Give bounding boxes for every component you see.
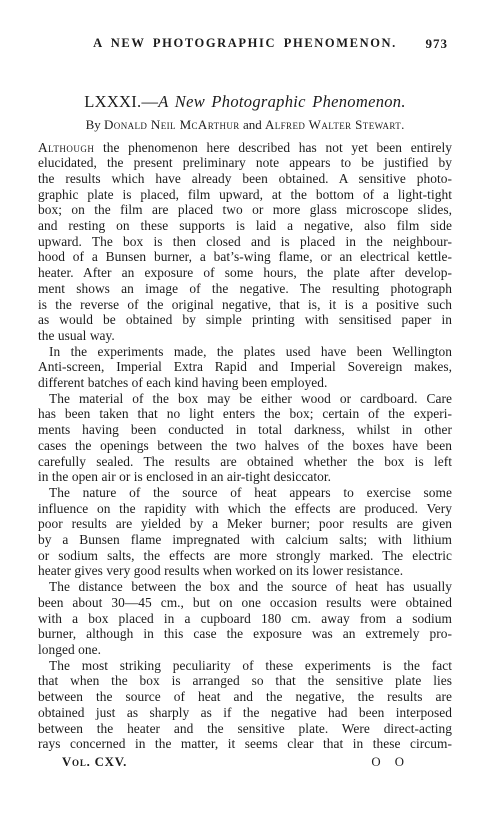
body-line: The material of the box may be either wo… [38, 391, 452, 407]
byline-connector: and [240, 117, 265, 132]
body-line: elucidated, the present preliminary note… [38, 155, 452, 171]
body-line: is the reverse of the original negative,… [38, 297, 452, 313]
running-title: A NEW PHOTOGRAPHIC PHENOMENON. [38, 36, 452, 51]
body-line: obtained just as sharply as if the negat… [38, 705, 452, 721]
body-line: longed one. [38, 642, 452, 658]
body-line: been about 30—45 cm., but on one occasio… [38, 595, 452, 611]
byline-period: . [401, 117, 404, 132]
page-number: 973 [426, 36, 449, 51]
body-line: or sodium salts, the effects are more st… [38, 548, 452, 564]
author-1: Donald Neil McArthur [104, 117, 240, 132]
body-line: the usual way. [38, 328, 452, 344]
lead-word: Although [38, 140, 94, 155]
paragraph: The most striking peculiarity of these e… [38, 658, 452, 752]
body-line: that when the box is arranged so that th… [38, 673, 452, 689]
body-line: rays concerned in the matter, it seems c… [38, 736, 452, 752]
body-line: as would be obtained by simple printing … [38, 312, 452, 328]
article-body: Although the phenomenon here described h… [38, 140, 452, 752]
body-line: by a Bunsen flame impregnated with calci… [38, 532, 452, 548]
body-line: upward. The box is then closed and is pl… [38, 234, 452, 250]
body-line: Although the phenomenon here described h… [38, 140, 452, 156]
page-header: A NEW PHOTOGRAPHIC PHENOMENON. 973 [38, 36, 452, 51]
body-line: the results which have already been obta… [38, 171, 452, 187]
paragraph: The material of the box may be either wo… [38, 391, 452, 485]
article-title-text: A New Photographic Phenomenon. [158, 92, 406, 111]
author-2: Alfred Walter Stewart [265, 117, 401, 132]
body-line: different batches of each kind having be… [38, 375, 452, 391]
body-line: The most striking peculiarity of these e… [38, 658, 452, 674]
byline: By Donald Neil McArthur and Alfred Walte… [38, 117, 452, 133]
body-line: The distance between the box and the sou… [38, 579, 452, 595]
paragraph: The distance between the box and the sou… [38, 579, 452, 658]
body-line: heater gives very good results when work… [38, 563, 452, 579]
body-line: heater. After an exposure of some hours,… [38, 265, 452, 281]
signature-mark: O O [371, 755, 406, 770]
body-line: In the experiments made, the plates used… [38, 344, 452, 360]
volume-label: Vol. CXV. [62, 755, 127, 770]
body-line: poor results are yielded by a Meker burn… [38, 516, 452, 532]
body-line: has been taken that no light enters the … [38, 406, 452, 422]
body-line: ment shows an image of the negative. The… [38, 281, 452, 297]
page-footer: Vol. CXV. O O [38, 755, 452, 770]
body-line: between the heater and the sensitive pla… [38, 721, 452, 737]
journal-page: A NEW PHOTOGRAPHIC PHENOMENON. 973 LXXXI… [0, 0, 500, 825]
body-line: box; on the film are placed two or more … [38, 202, 452, 218]
body-line: The nature of the source of heat appears… [38, 485, 452, 501]
article-number: LXXXI.— [84, 92, 158, 111]
body-line: carefully sealed. The results are obtain… [38, 454, 452, 470]
byline-prefix: By [86, 117, 104, 132]
body-line: with a box placed in a cupboard 180 cm. … [38, 611, 452, 627]
body-line: cases the openings between the two halve… [38, 438, 452, 454]
body-line: between the source of heat and the negat… [38, 689, 452, 705]
paragraph: In the experiments made, the plates used… [38, 344, 452, 391]
paragraph: Although the phenomenon here described h… [38, 140, 452, 344]
body-line: and resting on these supports is laid a … [38, 218, 452, 234]
body-line: ments having been conducted in total dar… [38, 422, 452, 438]
body-line: Anti-screen, Imperial Extra Rapid and Im… [38, 359, 452, 375]
body-line: influence on the rapidity with which the… [38, 501, 452, 517]
body-line: in the open air or is enclosed in an air… [38, 469, 452, 485]
paragraph: The nature of the source of heat appears… [38, 485, 452, 579]
body-line: hood of a Bunsen burner, a bat’s-wing fl… [38, 249, 452, 265]
body-line: burner, although in this case the exposu… [38, 626, 452, 642]
body-line: graphic plate is placed, film upward, at… [38, 187, 452, 203]
article-title: LXXXI.—A New Photographic Phenomenon. [38, 92, 452, 111]
